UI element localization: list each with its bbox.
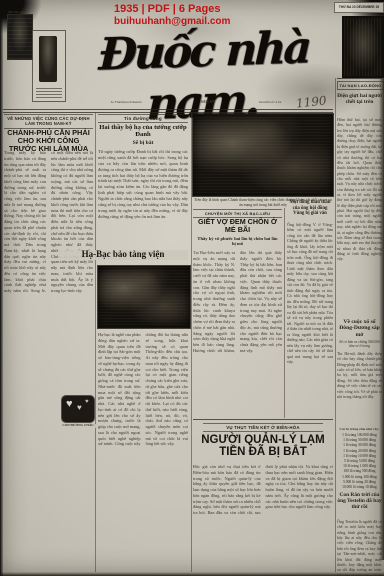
column-rule-2 xyxy=(191,113,192,572)
heart-icon: ♥ xyxy=(66,398,73,410)
museum-headline: Hạ-Bạc bảo tàng viện xyxy=(58,250,188,260)
museum-photo xyxy=(98,266,190,328)
date-box: THỨ BA 10 DÉCEMBRE 35 xyxy=(334,2,384,13)
heart-icon: ♥ xyxy=(85,399,89,405)
col2-kicker: Tin đường rừng xyxy=(98,114,188,123)
right-col-top-rule xyxy=(337,78,382,79)
corner-ad-caption: Nhà thợ bạc xyxy=(8,10,68,14)
masthead-stamp xyxy=(342,16,384,78)
manager-body: Độc giả còn nhớ vụ thụt tiền két ở Biên-… xyxy=(193,464,333,570)
col1-body: Trong mấy kỳ báo trước, bổn báo có đăng … xyxy=(4,150,93,570)
masthead-subtitle-center: SAIGON xyxy=(178,100,238,104)
col2-body-2: Hạ-bạc là nghề của phần đông dân nghèo x… xyxy=(98,332,188,570)
murder-headline: GIẾT VỢ ĐEM CHÔN Ở MÉ BÃI xyxy=(193,218,282,234)
column-rule-1 xyxy=(95,113,96,572)
col2-subhead: Sẽ bị bắt xyxy=(98,140,188,146)
manager-kicker: VỤ THỤT TIỀN KÉT Ở BIÊN-HÒA xyxy=(203,423,323,432)
overlay-year-pages: 1935 | PDF | 6 Pages xyxy=(114,3,220,15)
crime-scene-photo xyxy=(193,114,333,196)
heart-icon: ♥ xyxy=(77,403,82,412)
masthead-subtitle-left: Le Flambeau d'Annam xyxy=(86,100,166,104)
masthead-subtitle-right: Giá mỗi số: 4 xu xyxy=(240,100,300,104)
manager-headline: NGƯỜI QUẢN-LÝ LẠM TIỀN ĐÃ BỊ BẮT xyxy=(193,434,333,459)
col1-kicker: VỀ NHỮNG VIỆC CÙNG CÁC DỰ-ĐỊNH LÀM TRONG… xyxy=(4,114,93,129)
ad-product-can xyxy=(39,36,57,82)
col4-header: Một đồng thau thần của ông hội đồng Vùng… xyxy=(287,200,333,217)
murder-subhead: Thầy ký vô phước hai lần bị chôn hai lần… xyxy=(196,236,279,247)
col2-body-1: Từ ngày tướng cướp Đanh bị bắt rồi thì t… xyxy=(98,149,188,248)
masthead-rule-1 xyxy=(3,109,333,110)
col2-headline: Hai thầy bộ hạ của tướng cướp Đanh xyxy=(98,124,188,138)
testelin-body: Ông Testelin là người đã có chế ra một k… xyxy=(337,519,382,571)
murder-body: Tại Bạc-liêu mới xảy ra một vụ án mạng r… xyxy=(193,250,282,418)
col4-body: Ông hội-đồng V. ở Vũng-liêm có một người… xyxy=(287,222,333,418)
accident-body: Hôm thứ hai, tại sở máy đèn, hai người t… xyxy=(337,117,382,317)
accident-headline: Điện giựt hai người chết tại trên xyxy=(337,93,382,105)
testelin-header: Con Rắn trời của ông Testelin đã bay thử… xyxy=(337,492,382,511)
prize-list: 1 lô trúng 100.000 đồng1 lô trúng 50.000… xyxy=(335,433,384,490)
accident-kicker: TAI NẠN LAO-ĐỘNG xyxy=(337,81,384,90)
newspaper-scan-page: 1935 | PDF | 6 Pages buihuuhanh@gmail.co… xyxy=(0,0,384,576)
column-rule-3 xyxy=(284,208,285,418)
scan-edge-left xyxy=(0,0,3,576)
prize-list-intro: Các lô trúng chia như vầy: xyxy=(337,427,382,431)
lottery-body: Tin Hà-nội đánh dây thép vô cho hay rằng… xyxy=(337,351,382,425)
manager-top-rule xyxy=(193,419,333,420)
hearts-illustration: ♥ ♥ ♥ xyxy=(62,396,94,422)
lottery-subhead: Sẽ có bán ra chừng 500.000 tấm vé ở tron… xyxy=(337,340,382,349)
hearts-caption: CON ĐƯỜNG CHÂU xyxy=(58,424,98,428)
masthead-rule-2 xyxy=(3,112,333,113)
corner-ad-image xyxy=(8,15,32,59)
prize-list-row: 10.000 lô trúng 10 đồng xyxy=(335,485,384,490)
column-rule-4 xyxy=(335,78,336,572)
lottery-header: Về cuộc xổ số Đông-Dương sắp mở xyxy=(337,319,382,338)
scan-edge-bottom xyxy=(0,572,384,576)
